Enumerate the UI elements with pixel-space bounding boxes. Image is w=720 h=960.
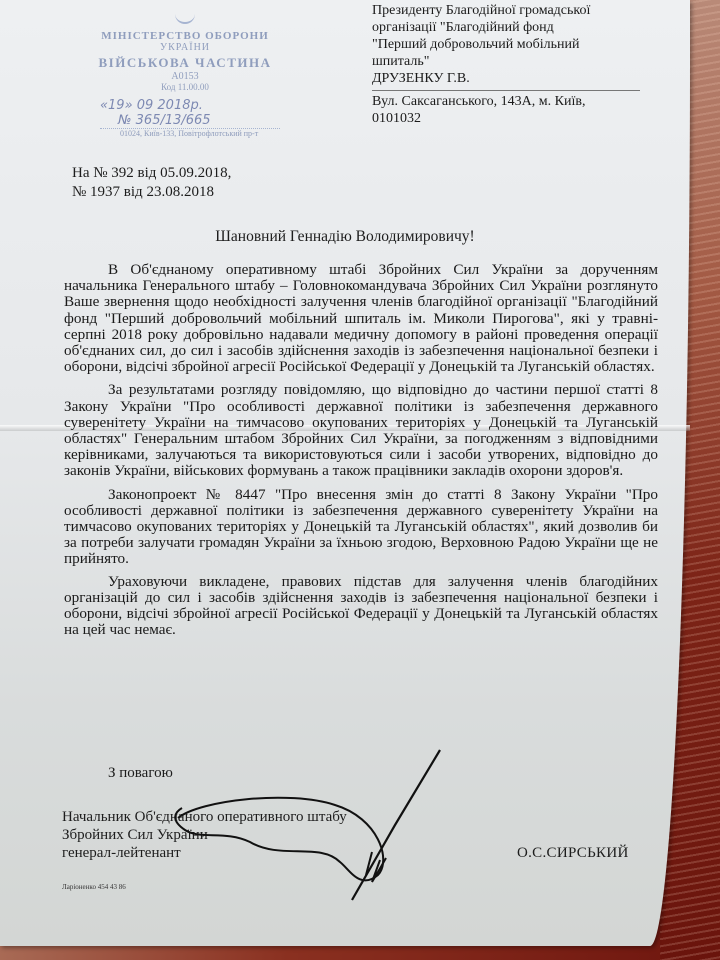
stamp-ministry: МІНІСТЕРСТВО ОБОРОНИ xyxy=(80,30,290,42)
addressee-name: ДРУЗЕНКУ Г.В. xyxy=(372,70,640,87)
closing-regards: З повагою xyxy=(108,765,173,782)
executor-note: Ларіоненко 454 43 86 xyxy=(62,883,126,891)
photo-scene: МІНІСТЕРСТВО ОБОРОНИ УКРАЇНИ ВІЙСЬКОВА Ч… xyxy=(0,0,720,960)
reference-numbers: На № 392 від 05.09.2018, № 1937 від 23.0… xyxy=(72,164,231,202)
addressee-line-4: шпиталь" xyxy=(372,53,640,70)
reference-line-1: На № 392 від 05.09.2018, xyxy=(72,164,231,183)
stamp-code: Код 11.00.00 xyxy=(80,82,290,92)
addressee-line-3: "Перший добровольчий мобільний xyxy=(372,36,640,53)
salutation: Шановний Геннадію Володимировичу! xyxy=(0,228,690,246)
paragraph-2: За результатами розгляду повідомляю, що … xyxy=(64,382,658,479)
letter-page: МІНІСТЕРСТВО ОБОРОНИ УКРАЇНИ ВІЙСЬКОВА Ч… xyxy=(0,0,690,946)
addressee-line-1: Президенту Благодійної громадської xyxy=(372,2,640,19)
stamp-handwritten-date: «19» 09 2018р. xyxy=(80,98,290,113)
stamp-handwritten-reg-number: № 365/13/665 xyxy=(80,113,290,128)
military-rank: генерал-лейтенант xyxy=(62,844,347,862)
stamp-military-unit: ВІЙСЬКОВА ЧАСТИНА xyxy=(80,55,290,71)
reference-line-2: № 1937 від 23.08.2018 xyxy=(72,183,231,202)
stamp-country: УКРАЇНИ xyxy=(80,42,290,53)
addressee-line-2: організації "Благодійний фонд xyxy=(372,19,640,36)
coat-of-arms-icon xyxy=(175,8,195,24)
paragraph-4: Ураховуючи викладене, правових підстав д… xyxy=(64,574,658,639)
paragraph-1: В Об'єднаному оперативному штабі Збройни… xyxy=(64,262,658,375)
signatory-position-block: Начальник Об'єднаного оперативного штабу… xyxy=(62,808,347,862)
addressee-block: Президенту Благодійної громадської орган… xyxy=(372,2,640,127)
registration-stamp: МІНІСТЕРСТВО ОБОРОНИ УКРАЇНИ ВІЙСЬКОВА Ч… xyxy=(80,8,290,138)
addressee-address-line-2: 0101032 xyxy=(372,110,640,127)
signatory-name: О.С.СИРСЬКИЙ xyxy=(517,845,629,862)
paragraph-3: Законопроект № 8447 "Про внесення змін д… xyxy=(64,487,658,568)
position-line-1: Начальник Об'єднаного оперативного штабу xyxy=(62,808,347,826)
stamp-address: 01024, Київ-133, Повітрофлотський пр-т xyxy=(100,128,280,138)
position-line-2: Збройних Сил України xyxy=(62,826,347,844)
stamp-unit-number: А0153 xyxy=(80,71,290,82)
addressee-address-line-1: Вул. Саксаганського, 143А, м. Київ, xyxy=(372,90,640,110)
letter-body: В Об'єднаному оперативному штабі Збройни… xyxy=(64,262,658,638)
